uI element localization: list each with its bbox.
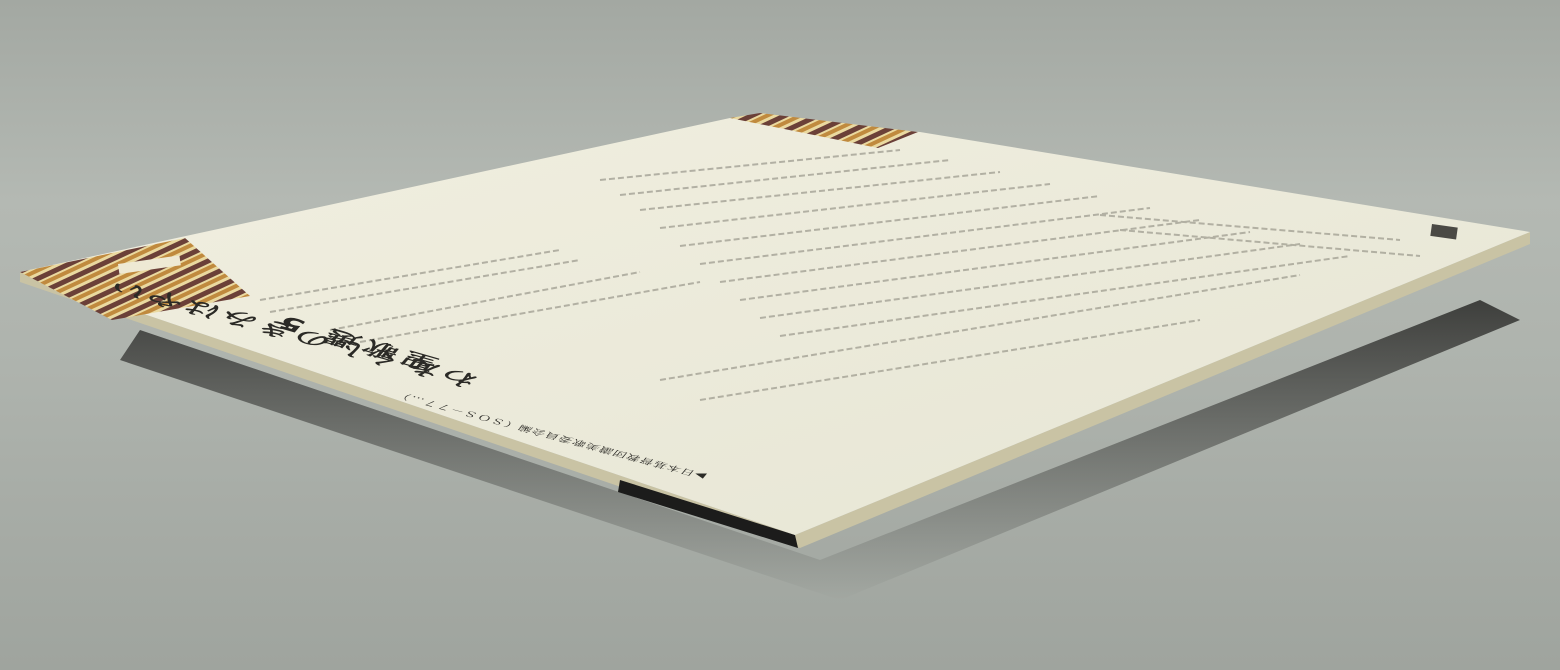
- jacket-illustration: [0, 0, 1560, 670]
- photo-scene: 聖歌選 5 わたくしのきみはやい ▶日本基督教団讃美歌委員会編（ＳＯＳ－７７…）: [0, 0, 1560, 670]
